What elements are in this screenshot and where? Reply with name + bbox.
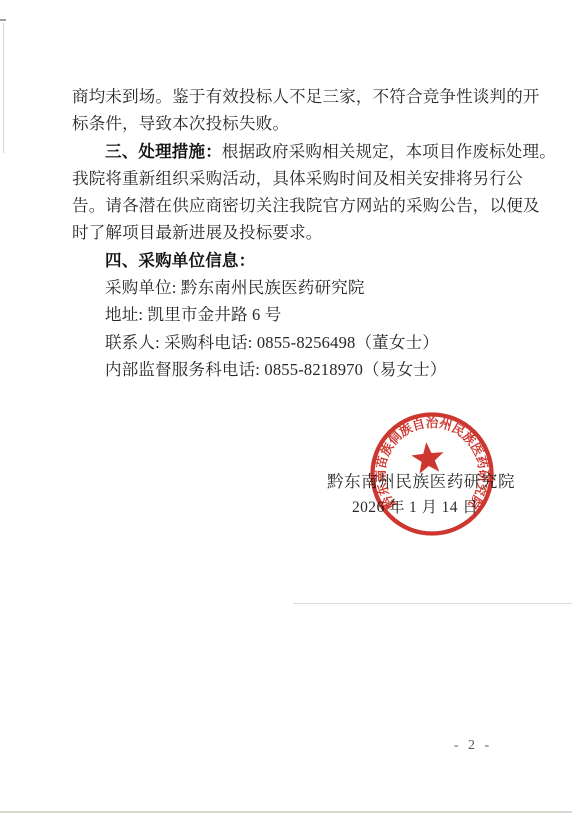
text-line: 标条件，导致本次投标失败。 [72, 110, 508, 137]
scan-edge-line-bottom [0, 811, 572, 813]
seal-star-icon [410, 440, 445, 474]
seal-ring [373, 415, 492, 534]
text-line: 告。请各潜在供应商密切关注我院官方网站的采购公告，以便及 [72, 192, 508, 219]
scan-fold-line [293, 603, 572, 604]
document-body: 商均未到场。鉴于有效投标人不足三家，不符合竞争性谈判的开 标条件，导致本次投标失… [72, 83, 508, 383]
scan-edge-mark [0, 19, 6, 21]
contact-line: 联系人: 采购科电话: 0855-8256498（董女士） [72, 329, 508, 356]
line-text: 采购单位: 黔东南州民族医药研究院 [105, 278, 365, 297]
line-text: 我院将重新组织采购活动，具体采购时间及相关安排将另行公 [72, 169, 523, 188]
section-heading: 四、采购单位信息： [105, 252, 255, 270]
contact-line: 内部监督服务科电话: 0855-8218970（易女士） [72, 356, 508, 383]
official-seal: 黔东南苗族侗族自治州民族医药研究院 [362, 402, 502, 542]
text-line: 我院将重新组织采购活动，具体采购时间及相关安排将另行公 [72, 165, 508, 192]
line-text: 标条件，导致本次投标失败。 [72, 114, 289, 133]
contact-line: 采购单位: 黔东南州民族医药研究院 [72, 274, 508, 301]
document-page: 商均未到场。鉴于有效投标人不足三家，不符合竞争性谈判的开 标条件，导致本次投标失… [0, 0, 572, 815]
page-number: - 2 - [448, 738, 498, 754]
line-text: 告。请各潜在供应商密切关注我院官方网站的采购公告，以便及 [72, 196, 540, 215]
line-text: 联系人: 采购科电话: 0855-8256498（董女士） [105, 333, 439, 352]
line-text: 地址: 凯里市金井路 6 号 [105, 305, 282, 324]
section-heading-line: 四、采购单位信息： [72, 247, 508, 274]
section-heading-line: 三、处理措施：根据政府采购相关规定，本项目作废标处理。 [72, 138, 508, 165]
scan-edge-line-left [3, 23, 4, 153]
section-heading: 三、处理措施： [105, 143, 222, 161]
line-text: 根据政府采购相关规定，本项目作废标处理。 [222, 142, 556, 161]
text-line: 商均未到场。鉴于有效投标人不足三家，不符合竞争性谈判的开 [72, 83, 508, 110]
contact-line: 地址: 凯里市金井路 6 号 [72, 301, 508, 328]
line-text: 商均未到场。鉴于有效投标人不足三家，不符合竞争性谈判的开 [72, 87, 540, 106]
line-text: 内部监督服务科电话: 0855-8218970（易女士） [105, 360, 447, 379]
text-line: 时了解项目最新进展及投标要求。 [72, 219, 508, 246]
line-text: 时了解项目最新进展及投标要求。 [72, 223, 323, 242]
